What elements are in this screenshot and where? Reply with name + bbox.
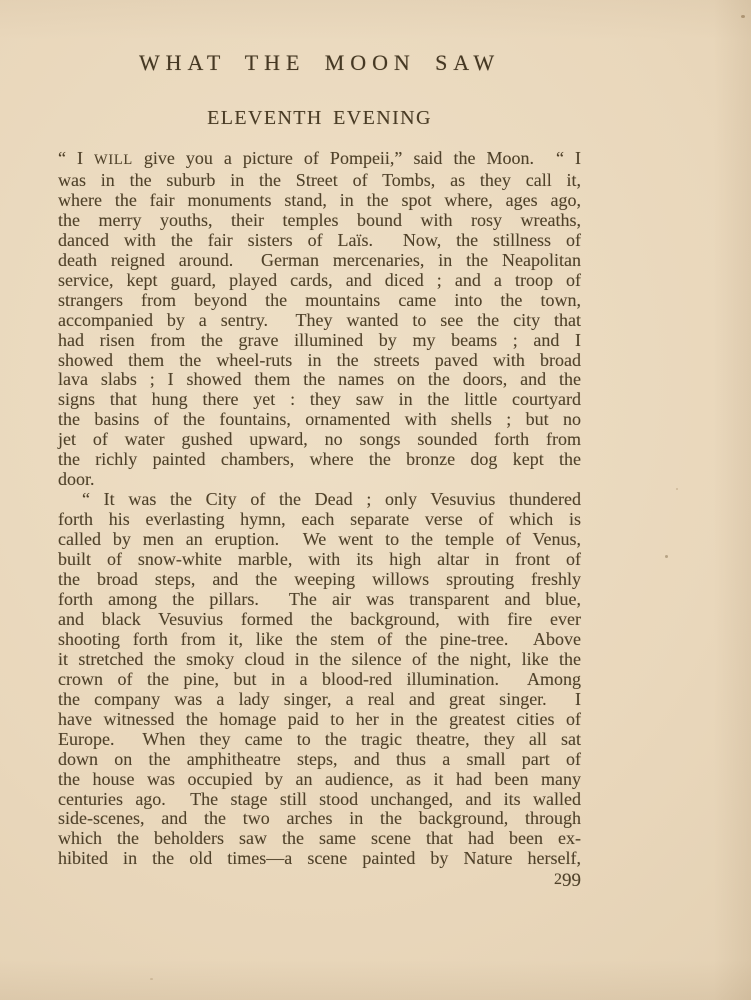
text-line: the house was occupied by an audience, a… [58, 770, 581, 790]
text-block: WHAT THE MOON SAW ELEVENTH EVENING “ I W… [58, 0, 581, 890]
text-line: the company was a lady singer, a real an… [58, 690, 581, 710]
text-line: the richly painted chambers, where the b… [58, 450, 581, 470]
text-line: death reigned around. German mercenaries… [58, 251, 581, 271]
text-line: and black Vesuvius formed the background… [58, 610, 581, 630]
paper-speck [665, 555, 668, 558]
text-line: down on the amphitheatre steps, and thus… [58, 750, 581, 770]
text-line: “ It was the City of the Dead ; only Ves… [58, 490, 581, 510]
chapter-heading: ELEVENTH EVENING [58, 108, 581, 128]
small-caps-text: WILL [94, 152, 133, 168]
text-line: forth his everlasting hymn, each separat… [58, 510, 581, 530]
text-line: built of snow-white marble, with its hig… [58, 550, 581, 570]
paper-speck [150, 978, 153, 980]
text-line: called by men an eruption. We went to th… [58, 530, 581, 550]
text-line: showed them the wheel-ruts in the street… [58, 351, 581, 371]
text-line: have witnessed the homage paid to her in… [58, 710, 581, 730]
text-line: accompanied by a sentry. They wanted to … [58, 311, 581, 331]
text-line: hibited in the old times—a scene painted… [58, 849, 581, 869]
folio-digit: 9 [562, 870, 572, 891]
text-line: service, kept guard, played cards, and d… [58, 271, 581, 291]
page-number: 299 [58, 869, 581, 890]
text-line: signs that hung there yet : they saw in … [58, 390, 581, 410]
text-line: the broad steps, and the weeping willows… [58, 570, 581, 590]
text-line: forth among the pillars. The air was tra… [58, 590, 581, 610]
text-line: which the beholders saw the same scene t… [58, 829, 581, 849]
text-line: centuries ago. The stage still stood unc… [58, 790, 581, 810]
text-line: danced with the fair sisters of Laïs. No… [58, 231, 581, 251]
text-line: shooting forth from it, like the stem of… [58, 630, 581, 650]
text-line: it stretched the smoky cloud in the sile… [58, 650, 581, 670]
text-line: crown of the pine, but in a blood-red il… [58, 670, 581, 690]
text-line: had risen from the grave illumined by my… [58, 331, 581, 351]
paragraph: “ It was the City of the Dead ; only Ves… [58, 490, 581, 869]
folio-digit: 9 [572, 870, 582, 891]
text-line: where the fair monuments stand, in the s… [58, 191, 581, 211]
text-segment: give you a picture of Pompeii,” said the… [133, 148, 581, 168]
paper-speck [741, 15, 745, 18]
paper-speck [676, 488, 678, 490]
paragraph: “ I WILL give you a picture of Pompeii,”… [58, 149, 581, 490]
text-line: the merry youths, their temples bound wi… [58, 211, 581, 231]
text-line: was in the suburb in the Street of Tombs… [58, 171, 581, 191]
body-text: “ I WILL give you a picture of Pompeii,”… [58, 149, 581, 869]
text-segment: “ I [58, 148, 94, 168]
text-line: strangers from beyond the mountains came… [58, 291, 581, 311]
text-line: door. [58, 470, 581, 490]
text-line: “ I WILL give you a picture of Pompeii,”… [58, 149, 581, 171]
text-line: Europe. When they came to the tragic the… [58, 730, 581, 750]
text-line: side-scenes, and the two arches in the b… [58, 809, 581, 829]
running-title: WHAT THE MOON SAW [58, 52, 581, 74]
text-line: the basins of the fountains, ornamented … [58, 410, 581, 430]
text-line: jet of water gushed upward, no songs sou… [58, 430, 581, 450]
folio-digit: 2 [554, 871, 562, 888]
text-line: lava slabs ; I showed them the names on … [58, 370, 581, 390]
book-page-scan: WHAT THE MOON SAW ELEVENTH EVENING “ I W… [0, 0, 751, 1000]
